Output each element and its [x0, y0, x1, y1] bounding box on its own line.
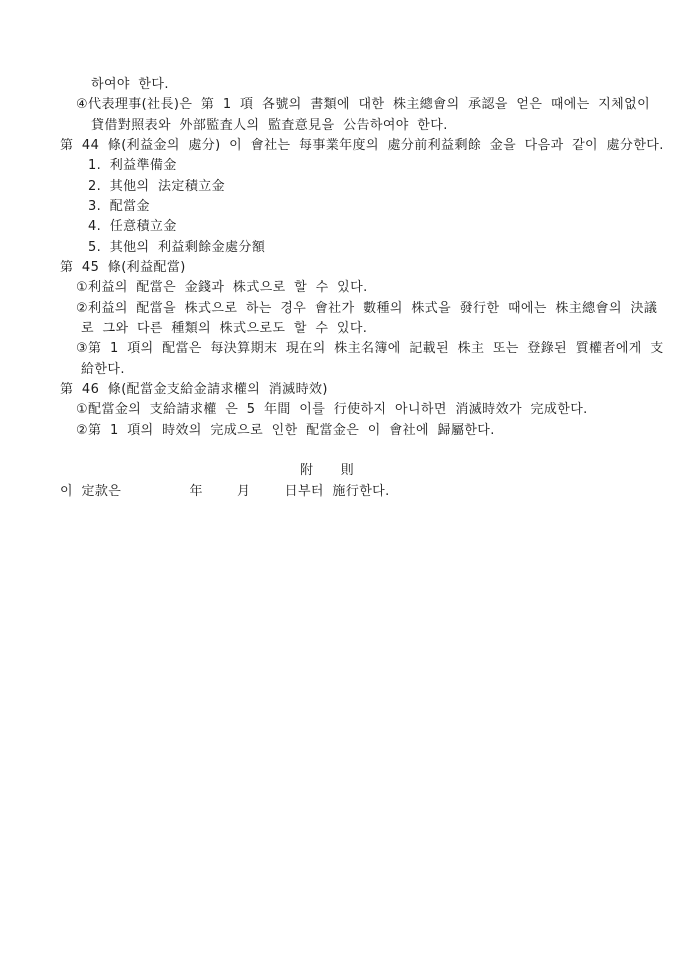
annex-title: 附 則 — [60, 461, 594, 481]
blank-line — [60, 441, 626, 461]
annex-effective-date-line: 이 定款은 年 月 日부터 施行한다. — [60, 482, 626, 502]
list-item: 1. 利益準備金 — [88, 156, 626, 176]
article-45-heading-line: 第 45 條(利益配當) — [60, 258, 626, 278]
document-line: 하여야 한다. — [91, 75, 626, 95]
document-line: 로 그와 다른 種類의 株式으로도 할 수 있다. — [81, 319, 626, 339]
list-item: 5. 其他의 利益剩餘金處分額 — [88, 238, 626, 258]
article-46-heading-line: 第 46 條(配當金支給金請求權의 消滅時效) — [60, 380, 626, 400]
document-line: 貸借對照表와 外部監査人의 監査意見을 公告하여야 한다. — [91, 116, 626, 136]
article-44-heading-line: 第 44 條(利益金의 處分) 이 會社는 每事業年度의 處分前利益剩餘 金을 … — [60, 136, 626, 156]
document-line: ②第 1 項의 時效의 完成으로 인한 配當金은 이 會社에 歸屬한다. — [76, 421, 626, 441]
document-line: ①利益의 配當은 金錢과 株式으로 할 수 있다. — [76, 278, 626, 298]
document-line: ④代表理事(社長)은 第 1 項 各號의 書類에 대한 株主總會의 承認을 얻은… — [76, 95, 626, 115]
document-line: 給한다. — [81, 360, 626, 380]
document-line: ②利益의 配當을 株式으로 하는 경우 會社가 數種의 株式을 發行한 때에는 … — [76, 299, 626, 319]
list-item: 2. 其他의 法定積立金 — [88, 177, 626, 197]
list-item: 4. 任意積立金 — [88, 217, 626, 237]
document-text-block: 하여야 한다. ④代表理事(社長)은 第 1 項 各號의 書類에 대한 株主總會… — [60, 75, 626, 502]
document-line: ③第 1 項의 配當은 每決算期末 現在의 株主名簿에 記載된 株主 또는 登錄… — [76, 339, 626, 359]
document-line: ①配當金의 支給請求權 은 5 年間 이를 行使하지 아니하면 消滅時效가 完成… — [76, 400, 626, 420]
scanned-document-page: 하여야 한다. ④代表理事(社長)은 第 1 項 各號의 書類에 대한 株主總會… — [0, 0, 680, 962]
list-item: 3. 配當金 — [88, 197, 626, 217]
